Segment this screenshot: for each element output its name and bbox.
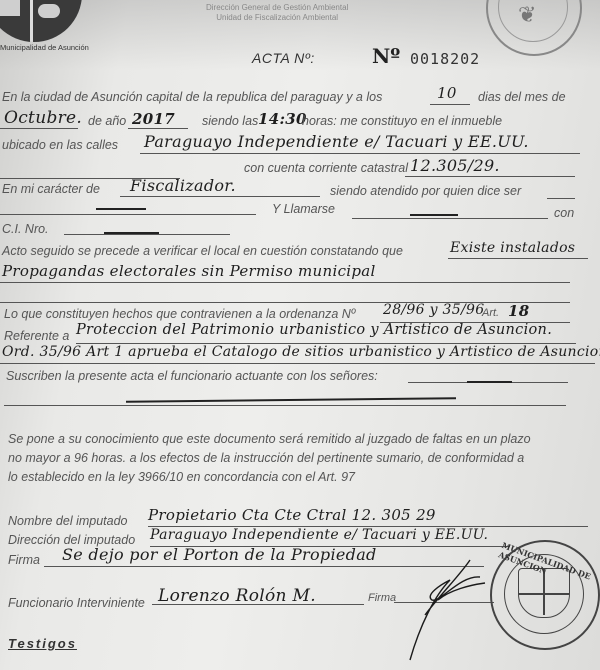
con-label: con — [554, 206, 574, 220]
year-value: 2017 — [132, 110, 175, 128]
accused-address-value: Paraguayo Independiente e/ Tacuari y EE.… — [150, 527, 488, 543]
streets-value: Paraguayo Independiente e/ Tacuari y EE.… — [144, 132, 529, 151]
ordinance-value: 28/96 y 35/96 — [383, 302, 484, 318]
subscribe-label: Suscriben la presente acta el funcionari… — [6, 369, 378, 383]
verify-value-1: Existe instalados — [450, 240, 575, 256]
number-sign: Nº — [372, 44, 400, 68]
witnesses-heading: Testigos — [8, 636, 77, 651]
intro-text-2: dias del mes de — [478, 90, 566, 104]
referent-label: Referente a — [4, 329, 69, 343]
named-label: Y Llamarse — [272, 202, 335, 216]
officer-signature — [380, 555, 490, 665]
cadastral-value: 12.305/29. — [410, 156, 500, 175]
intro-text-1: En la ciudad de Asunción capital de la r… — [2, 90, 382, 104]
art-value: 18 — [508, 302, 529, 320]
officer-value: Lorenzo Rolón M. — [158, 586, 316, 606]
municipality-logo — [0, 0, 82, 42]
attended-label: siendo atendido por quien dice ser — [330, 184, 521, 198]
directorate-header: Dirección General de Gestión Ambiental U… — [206, 3, 348, 23]
referent-value-2: Ord. 35/96 Art 1 aprueba el Catalogo de … — [2, 344, 600, 360]
notice-line-3: lo establecido en la ley 3966/10 en conc… — [8, 470, 355, 484]
accused-name-value: Propietario Cta Cte Ctral 12. 305 29 — [148, 506, 436, 524]
art-label: Art. — [482, 307, 499, 319]
time-value: 14:30 — [258, 110, 307, 128]
referent-value-1: Proteccion del Patrimonio urbanistico y … — [76, 322, 552, 338]
verify-value-2: Propagandas electorales sin Permiso muni… — [2, 262, 376, 280]
notice-line-2: no mayor a 96 horas. a los efectos de la… — [8, 451, 524, 465]
ci-label: C.I. Nro. — [2, 222, 49, 236]
acta-number: 0018202 — [410, 50, 480, 68]
municipal-stamp: MUNICIPALIDAD DE ASUNCION — [490, 540, 600, 650]
lion-icon — [38, 4, 60, 18]
character-label: En mi carácter de — [2, 182, 100, 196]
year-label: de año — [88, 114, 126, 128]
municipality-name: Municipalidad de Asunción — [0, 43, 89, 52]
notice-line-1: Se pone a su conocimiento que este docum… — [8, 432, 531, 446]
accused-name-label: Nombre del imputado — [8, 514, 128, 528]
accused-signature-label: Firma — [8, 553, 40, 567]
cadastral-label: con cuenta corriente catastral — [244, 161, 408, 175]
time-label: siendo las — [202, 114, 258, 128]
tower-icon — [0, 0, 20, 16]
intro-text-3: horas: me constituyo en el inmueble — [302, 114, 502, 128]
acta-label: ACTA Nº: — [252, 50, 315, 66]
day-value: 10 — [437, 84, 457, 102]
officer-label: Funcionario Interviniente — [8, 596, 145, 610]
month-value: Octubre. — [4, 108, 82, 128]
character-value: Fiscalizador. — [130, 176, 236, 195]
republic-seal-icon: ❦ — [486, 0, 582, 56]
accused-signature-note: Se dejo por el Porton de la Propiedad — [62, 545, 377, 564]
streets-label: ubicado en las calles — [2, 138, 118, 152]
ordinance-label: Lo que constituyen hechos que contravien… — [4, 307, 355, 321]
verify-label: Acto seguido se precede a verificar el l… — [2, 244, 403, 258]
